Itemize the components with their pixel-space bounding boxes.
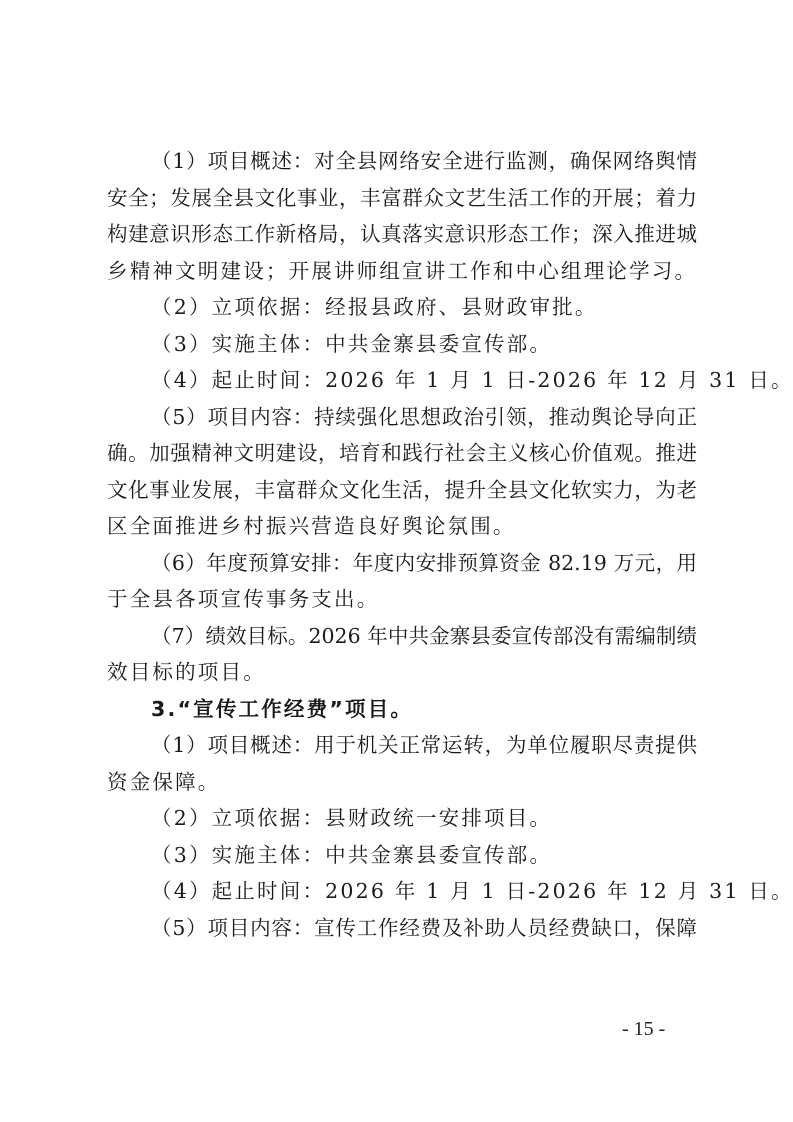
- text-line: （2）立项依据：经报县政府、县财政审批。: [107, 289, 697, 326]
- text-line: （7）绩效目标。2026 年中共金寨县委宣传部没有需编制绩: [107, 618, 697, 655]
- page-number: - 15 -: [622, 1018, 665, 1041]
- section-heading: 3.“宣传工作经费”项目。: [107, 691, 697, 728]
- text-line: 安全；发展全县文化事业，丰富群众文艺生活工作的开展；着力: [107, 180, 697, 217]
- document-body: （1）项目概述：对全县网络安全进行监测，确保网络舆情 安全；发展全县文化事业，丰…: [107, 143, 697, 946]
- text-line: （4）起止时间：2026 年 1 月 1 日-2026 年 12 月 31 日。: [107, 362, 697, 399]
- text-line: 效目标的项目。: [107, 654, 697, 691]
- text-line: （3）实施主体：中共金寨县委宣传部。: [107, 837, 697, 874]
- text-line: 文化事业发展，丰富群众文化生活，提升全县文化软实力，为老: [107, 472, 697, 509]
- text-line: 区全面推进乡村振兴营造良好舆论氛围。: [107, 508, 697, 545]
- text-line: 构建意识形态工作新格局，认真落实意识形态工作；深入推进城: [107, 216, 697, 253]
- text-line: （2）立项依据：县财政统一安排项目。: [107, 800, 697, 837]
- text-line: 确。加强精神文明建设，培育和践行社会主义核心价值观。推进: [107, 435, 697, 472]
- text-line: （4）起止时间：2026 年 1 月 1 日-2026 年 12 月 31 日。: [107, 873, 697, 910]
- text-line: 资金保障。: [107, 764, 697, 801]
- text-line: （1）项目概述：对全县网络安全进行监测，确保网络舆情: [107, 143, 697, 180]
- text-line: 于全县各项宣传事务支出。: [107, 581, 697, 618]
- text-line: （5）项目内容：宣传工作经费及补助人员经费缺口，保障: [107, 910, 697, 947]
- text-line: （5）项目内容：持续强化思想政治引领，推动舆论导向正: [107, 399, 697, 436]
- text-line: （1）项目概述：用于机关正常运转，为单位履职尽责提供: [107, 727, 697, 764]
- text-line: （6）年度预算安排：年度内安排预算资金 82.19 万元，用: [107, 545, 697, 582]
- text-line: （3）实施主体：中共金寨县委宣传部。: [107, 326, 697, 363]
- text-line: 乡精神文明建设；开展讲师组宣讲工作和中心组理论学习。: [107, 253, 697, 290]
